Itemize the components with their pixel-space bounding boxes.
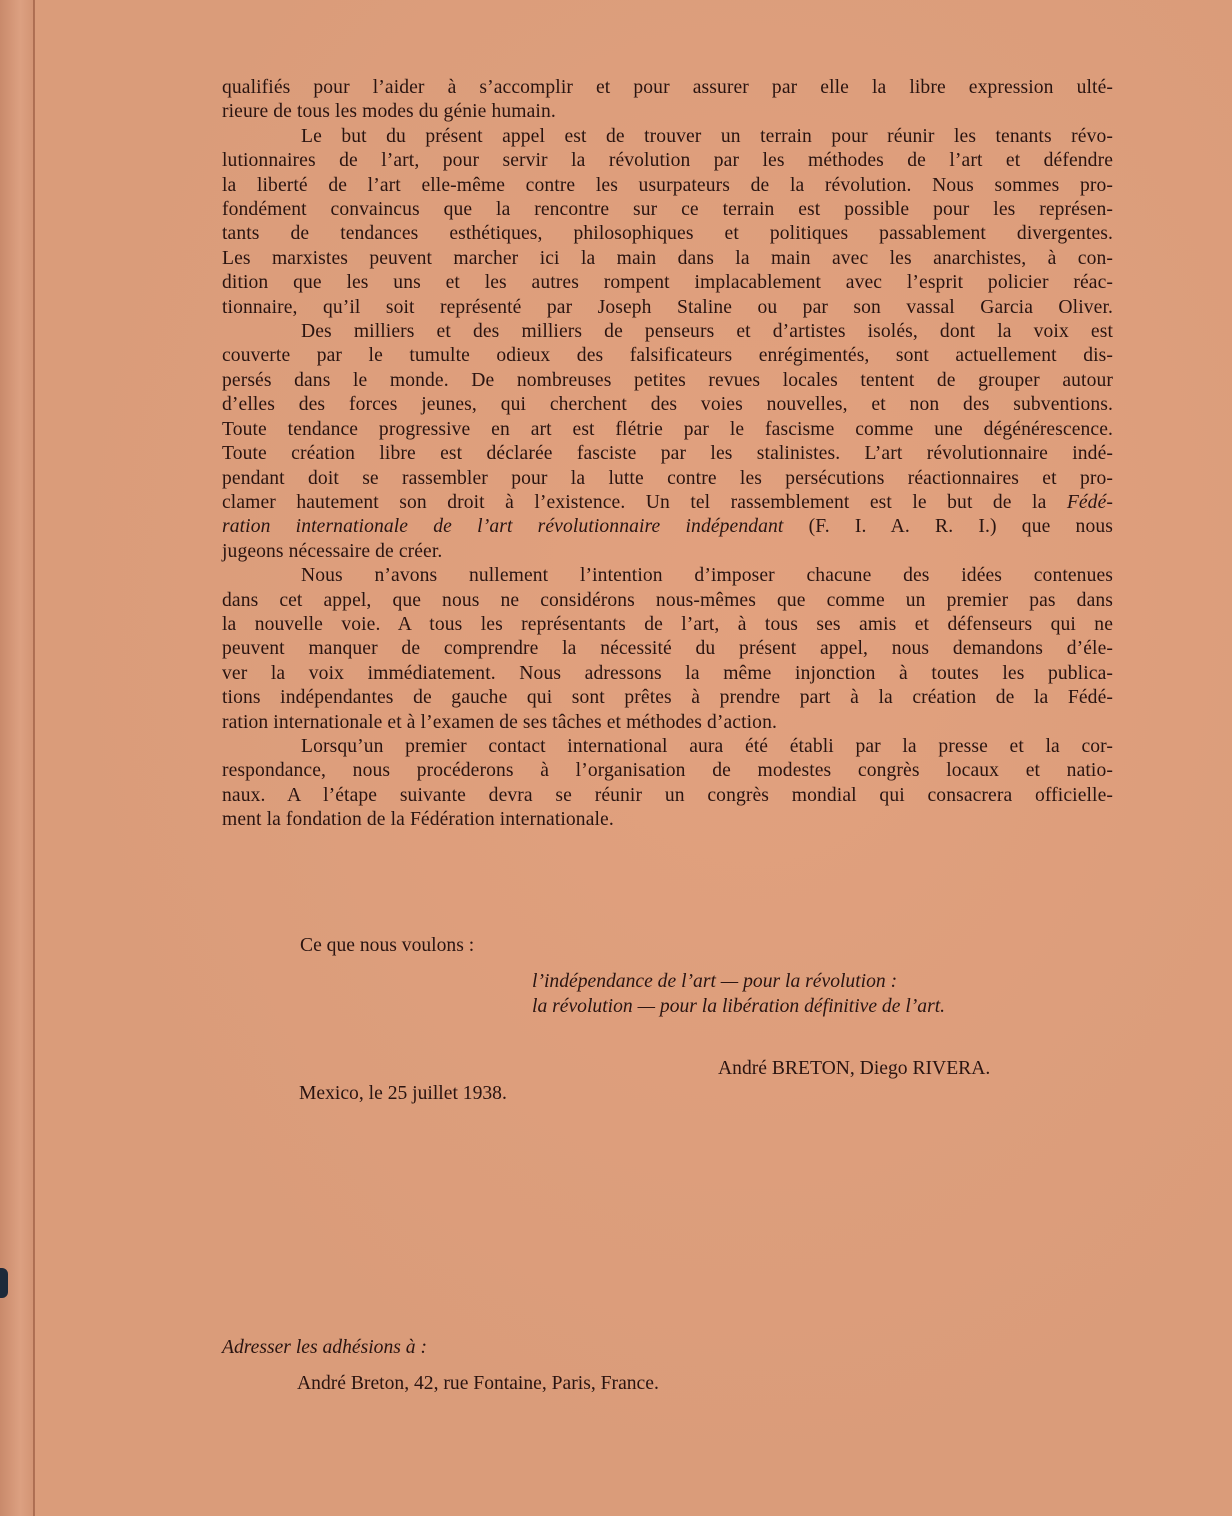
text-line: clamer hautement son droit à l’existence… xyxy=(222,491,1113,515)
text-line: lutionnaires de l’art, pour servir la ré… xyxy=(222,149,1113,173)
text-line: pendant doit se rassembler pour la lutte… xyxy=(222,467,1113,491)
text-line: Des milliers et des milliers de penseurs… xyxy=(222,320,1113,344)
place-date: Mexico, le 25 juillet 1938. xyxy=(299,1082,507,1106)
text-line: jugeons nécessaire de créer. xyxy=(222,540,1113,564)
text-line: Les marxistes peuvent marcher ici la mai… xyxy=(222,247,1113,271)
paragraph: qualifiés pour l’aider à s’accomplir et … xyxy=(222,76,1113,125)
signatories: André BRETON, Diego RIVERA. xyxy=(718,1057,990,1081)
text-line: Toute création libre est déclarée fascis… xyxy=(222,442,1113,466)
text-line: ment la fondation de la Fédération inter… xyxy=(222,808,1113,832)
federation-name-italic: ration internationale de l’art révolutio… xyxy=(222,516,783,537)
text-line: fondément convaincus que la rencontre su… xyxy=(222,198,1113,222)
text-line: tants de tendances esthétiques, philosop… xyxy=(222,222,1113,246)
text-run: clamer hautement son droit à l’existence… xyxy=(222,492,1046,513)
text-line: rieure de tous les modes du génie humain… xyxy=(222,100,1113,124)
text-line: d’elles des forces jeunes, qui cherchent… xyxy=(222,393,1113,417)
text-line: ration internationale et à l’examen de s… xyxy=(222,711,1113,735)
text-run: (F. I. A. R. I.) que nous xyxy=(783,516,1113,537)
text-line: couverte par le tumulte odieux des falsi… xyxy=(222,344,1113,368)
text-line: ration internationale de l’art révolutio… xyxy=(222,515,1113,539)
text-line: dans cet appel, que nous ne considérons … xyxy=(222,589,1113,613)
torn-edge xyxy=(0,1268,8,1298)
address-label: Adresser les adhésions à : xyxy=(222,1336,427,1360)
address-value: André Breton, 42, rue Fontaine, Paris, F… xyxy=(297,1372,659,1396)
text-line: Nous n’avons nullement l’intention d’imp… xyxy=(222,564,1113,588)
text-line: Lorsqu’un premier contact international … xyxy=(222,735,1113,759)
text-line: la liberté de l’art elle-même contre les… xyxy=(222,174,1113,198)
text-line: respondance, nous procéderons à l’organi… xyxy=(222,759,1113,783)
text-line: ver la voix immédiatement. Nous adresson… xyxy=(222,662,1113,686)
closing-heading: Ce que nous voulons : xyxy=(300,934,474,958)
motto-line-2: la révolution — pour la libération défin… xyxy=(532,995,945,1019)
text-line: persés dans le monde. De nombreuses peti… xyxy=(222,369,1113,393)
paragraph: Le but du présent appel est de trouver u… xyxy=(222,125,1113,320)
text-line: Toute tendance progressive en art est fl… xyxy=(222,418,1113,442)
paragraph: Nous n’avons nullement l’intention d’imp… xyxy=(222,564,1113,735)
text-line: tionnaire, qu’il soit représenté par Jos… xyxy=(222,296,1113,320)
body-text: qualifiés pour l’aider à s’accomplir et … xyxy=(222,76,1113,833)
text-line: tions indépendantes de gauche qui sont p… xyxy=(222,686,1113,710)
motto-line-1: l’indépendance de l’art — pour la révolu… xyxy=(532,970,897,994)
italic-run: Fédé- xyxy=(1067,492,1113,513)
text-line: qualifiés pour l’aider à s’accomplir et … xyxy=(222,76,1113,100)
text-line: dition que les uns et les autres rompent… xyxy=(222,271,1113,295)
paragraph: Des milliers et des milliers de penseurs… xyxy=(222,320,1113,564)
text-line: peuvent manquer de comprendre la nécessi… xyxy=(222,637,1113,661)
text-line: naux. A l’étape suivante devra se réunir… xyxy=(222,784,1113,808)
text-line: la nouvelle voie. A tous les représentan… xyxy=(222,613,1113,637)
text-line: Le but du présent appel est de trouver u… xyxy=(222,125,1113,149)
paragraph: Lorsqu’un premier contact international … xyxy=(222,735,1113,833)
back-page-edge xyxy=(0,0,34,1516)
